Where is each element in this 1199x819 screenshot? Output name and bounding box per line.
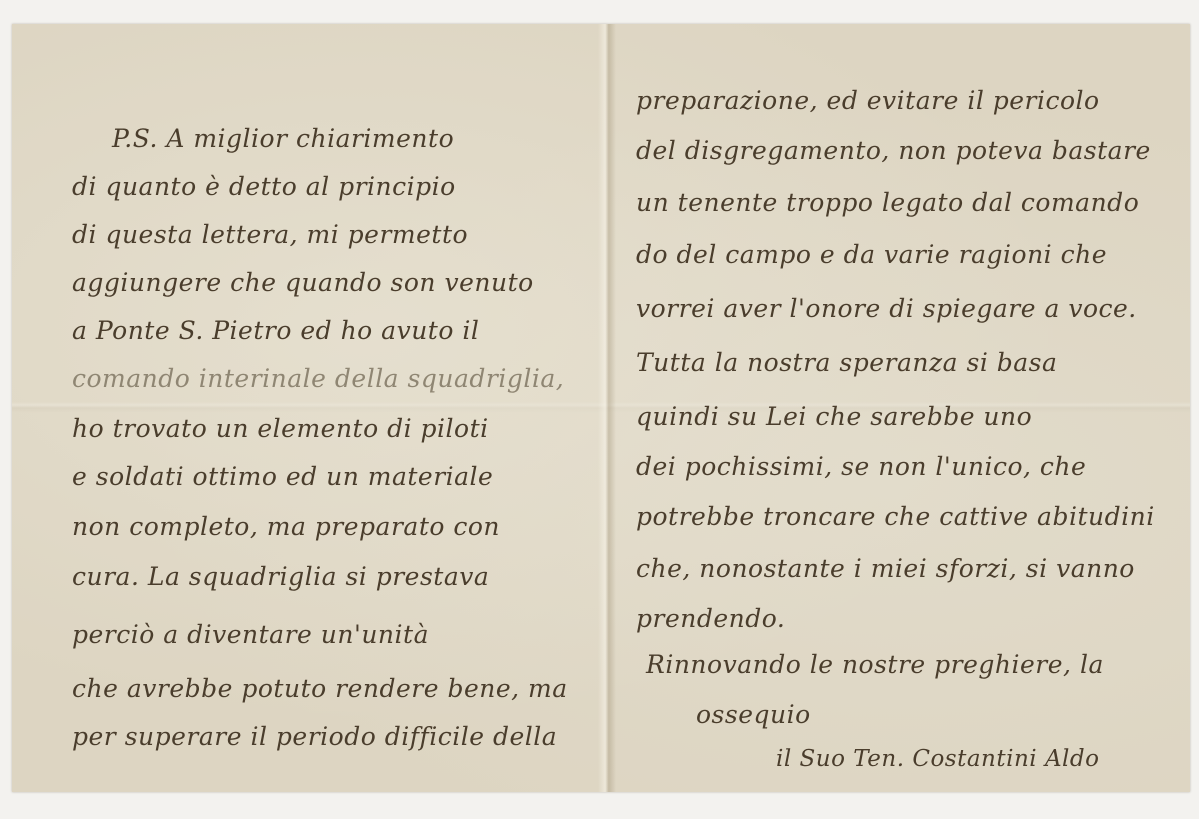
right-line-8: dei pochissimi, se non l'unico, che [636, 452, 1086, 481]
left-line-8: e soldati ottimo ed un materiale [72, 462, 493, 491]
left-line-13: per superare il periodo difficile della [72, 722, 557, 751]
right-line-13: ossequio [696, 700, 811, 729]
right-line-12: Rinnovando le nostre preghiere, la [646, 650, 1104, 679]
right-line-3: un tenente troppo legato dal comando [636, 188, 1139, 217]
right-line-4: do del campo e da varie ragioni che [636, 240, 1107, 269]
signature: il Suo Ten. Costantini Aldo [776, 746, 1099, 772]
left-line-7: ho trovato un elemento di piloti [72, 414, 489, 443]
right-line-6: Tutta la nostra speranza si basa [636, 348, 1057, 377]
right-line-1: preparazione, ed evitare il pericolo [636, 86, 1100, 115]
left-line-4: aggiungere che quando son venuto [72, 268, 534, 297]
left-line-10: cura. La squadriglia si prestava [72, 562, 489, 591]
right-line-2: del disgregamento, non poteva bastare [636, 136, 1151, 165]
left-line-12: che avrebbe potuto rendere bene, ma [72, 674, 568, 703]
right-page: preparazione, ed evitare il pericolo del… [616, 24, 1190, 792]
left-line-2: di quanto è detto al principio [72, 172, 456, 201]
left-line-1: P.S. A miglior chiarimento [112, 124, 454, 153]
letter-sheet: P.S. A miglior chiarimento di quanto è d… [12, 24, 1190, 792]
right-line-11: prendendo. [636, 604, 785, 633]
right-line-7: quindi su Lei che sarebbe uno [636, 402, 1032, 431]
center-fold [598, 24, 616, 792]
left-line-6: comando interinale della squadriglia, [72, 364, 564, 393]
right-line-5: vorrei aver l'onore di spiegare a voce. [636, 294, 1137, 323]
left-line-3: di questa lettera, mi permetto [72, 220, 468, 249]
right-line-10: che, nonostante i miei sforzi, si vanno [636, 554, 1135, 583]
left-line-9: non completo, ma preparato con [72, 512, 500, 541]
left-page: P.S. A miglior chiarimento di quanto è d… [12, 24, 598, 792]
left-line-11: perciò a diventare un'unità [72, 620, 429, 649]
right-line-9: potrebbe troncare che cattive abitudini [636, 502, 1155, 531]
left-line-5: a Ponte S. Pietro ed ho avuto il [72, 316, 479, 345]
